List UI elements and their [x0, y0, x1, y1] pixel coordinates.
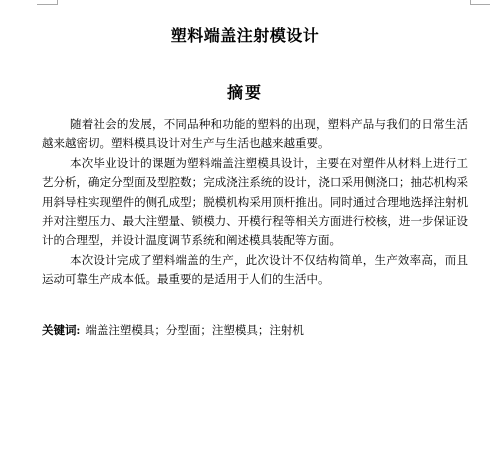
- document-title[interactable]: 塑料端盖注射模设计: [0, 27, 490, 47]
- abstract-paragraph[interactable]: 本次毕业设计的课题为塑料端盖注塑模具设计，主要在对塑件从材料上进行工艺分析，确定…: [42, 155, 468, 252]
- keywords-line[interactable]: 关键词:端盖注塑模具；分型面；注塑模具；注射机: [42, 323, 468, 339]
- keywords-label: 关键词:: [42, 325, 80, 337]
- abstract-heading[interactable]: 摘要: [0, 84, 490, 103]
- margin-crop-mark-left: [37, 0, 58, 5]
- keywords-text: 端盖注塑模具；分型面；注塑模具；注射机: [85, 325, 304, 337]
- abstract-body[interactable]: 随着社会的发展，不同品种和功能的塑料的出现，塑料产品与我们的日常生活越来越密切。…: [42, 116, 468, 291]
- margin-crop-mark-right: [470, 0, 490, 5]
- document-page: 塑料端盖注射模设计 摘要 随着社会的发展，不同品种和功能的塑料的出现，塑料产品与…: [0, 0, 490, 460]
- abstract-paragraph[interactable]: 随着社会的发展，不同品种和功能的塑料的出现，塑料产品与我们的日常生活越来越密切。…: [42, 116, 468, 155]
- abstract-paragraph[interactable]: 本次设计完成了塑料端盖的生产，此次设计不仅结构简单，生产效率高，而且运动可靠生产…: [42, 252, 468, 291]
